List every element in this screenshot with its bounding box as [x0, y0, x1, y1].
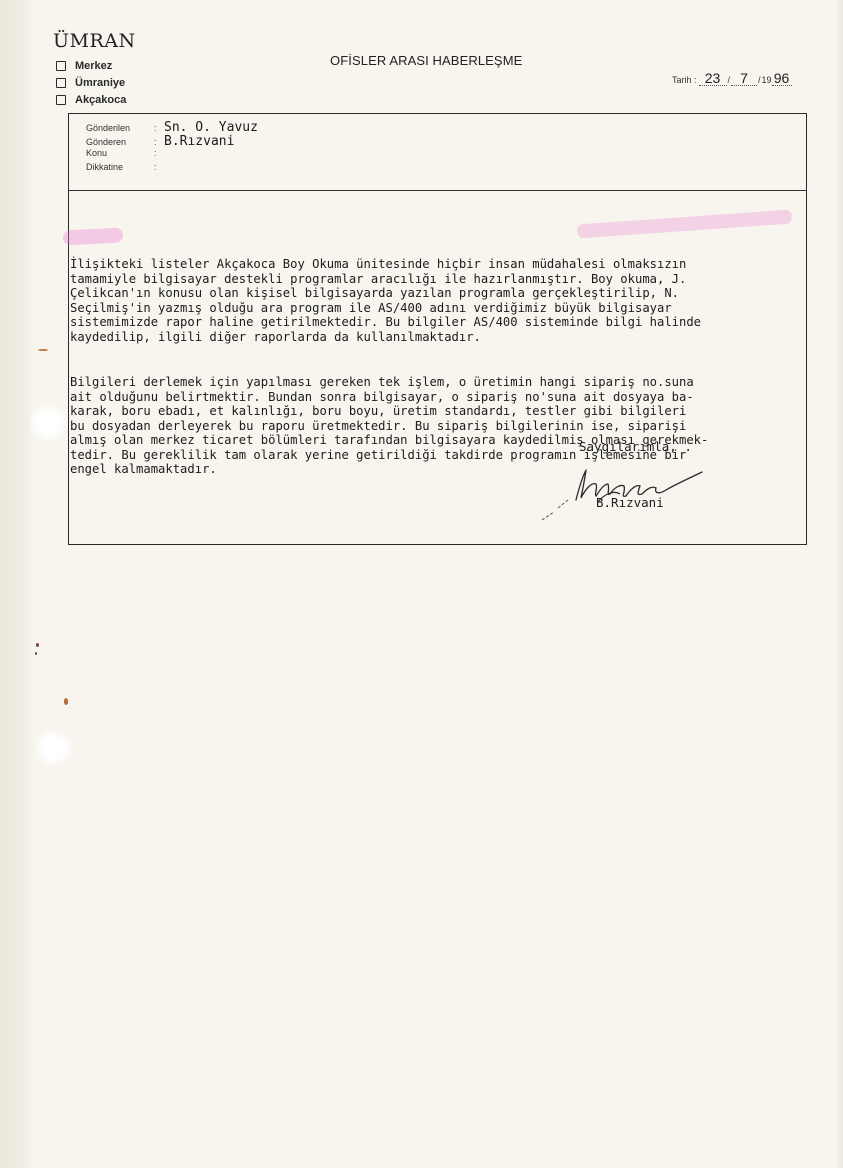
date-day: 23 — [699, 71, 727, 86]
closing-salutation: Saygılarımla, . — [579, 439, 692, 454]
body-line: tamamiyle bilgisayar destekli programlar… — [70, 272, 807, 287]
body-line: kaydedilip, ilgili diğer raporlarda da k… — [70, 330, 807, 345]
punch-hole-smudge — [28, 405, 68, 441]
office-option-umraniye: Ümraniye — [54, 74, 126, 91]
checkbox-icon — [56, 61, 66, 71]
memo-header-fields: Gönderilen : Sn. O. Yavuz Gönderen : B.R… — [86, 120, 258, 176]
scan-speck — [36, 643, 39, 647]
date-label: Tarih : — [672, 75, 697, 85]
body-paragraph: İlişikteki listeler Akçakoca Boy Okuma ü… — [70, 257, 807, 344]
date-separator: / — [758, 75, 761, 85]
body-line: Çelikcan'ın konusu olan kişisel bilgisay… — [70, 286, 807, 301]
office-label: Akçakoca — [75, 94, 126, 106]
field-subject: Konu : — [86, 148, 258, 162]
body-line: bu dosyadan derleyerek bu raporu üretmek… — [70, 419, 807, 434]
field-label: Gönderilen — [86, 123, 154, 133]
memo-frame: Gönderilen : Sn. O. Yavuz Gönderen : B.R… — [68, 113, 807, 545]
field-value: B.Rızvani — [164, 134, 234, 149]
company-brand: ÜMRAN — [53, 30, 136, 52]
field-colon: : — [154, 137, 164, 147]
body-line: Bilgileri derlemek için yapılması gereke… — [70, 375, 807, 390]
document-title: OFİSLER ARASI HABERLEŞME — [330, 53, 522, 68]
office-checklist: Merkez Ümraniye Akçakoca — [54, 57, 126, 108]
date-separator: / — [728, 75, 731, 85]
body-line: ait olduğunu belirtmektir. Bundan sonra … — [70, 390, 807, 405]
date-month: 7 — [731, 71, 757, 86]
highlighter-mark — [63, 227, 124, 245]
body-line: karak, boru ebadı, et kalınlığı, boru bo… — [70, 404, 807, 419]
date-year: 96 — [772, 71, 792, 86]
date-century: 19 — [762, 75, 772, 85]
body-line: almış olan merkez ticaret bölümleri tara… — [70, 433, 807, 448]
field-recipient: Gönderilen : Sn. O. Yavuz — [86, 120, 258, 134]
office-option-merkez: Merkez — [54, 57, 126, 74]
field-label: Gönderen — [86, 137, 154, 147]
body-line: Seçilmiş'in yazmış olduğu ara program il… — [70, 301, 807, 316]
scan-speck — [64, 698, 68, 705]
scan-speck — [38, 349, 48, 351]
field-label: Konu — [86, 148, 154, 158]
header-divider — [69, 190, 806, 191]
office-label: Merkez — [75, 60, 112, 72]
field-attention: Dikkatine : — [86, 162, 258, 176]
office-label: Ümraniye — [75, 77, 125, 89]
field-colon: : — [154, 123, 164, 133]
field-sender: Gönderen : B.Rızvani — [86, 134, 258, 148]
field-label: Dikkatine — [86, 162, 154, 172]
date-field: Tarih : 23 / 7 / 19 96 — [672, 71, 792, 86]
office-option-akcakoca: Akçakoca — [54, 91, 126, 108]
highlighter-mark — [577, 210, 792, 239]
scan-left-margin — [0, 0, 34, 1168]
field-colon: : — [154, 148, 164, 158]
checkbox-icon — [56, 78, 66, 88]
checkbox-icon — [56, 95, 66, 105]
body-line: İlişikteki listeler Akçakoca Boy Okuma ü… — [70, 257, 807, 272]
body-line: sistemimizde rapor haline getirilmektedi… — [70, 315, 807, 330]
punch-hole-smudge — [34, 730, 74, 766]
field-colon: : — [154, 162, 164, 172]
field-value: Sn. O. Yavuz — [164, 120, 258, 135]
scan-speck — [35, 652, 37, 655]
handwritten-signature-icon — [534, 454, 734, 524]
signer-name: B.Rızvani — [596, 495, 664, 510]
scan-right-edge — [835, 0, 843, 1168]
